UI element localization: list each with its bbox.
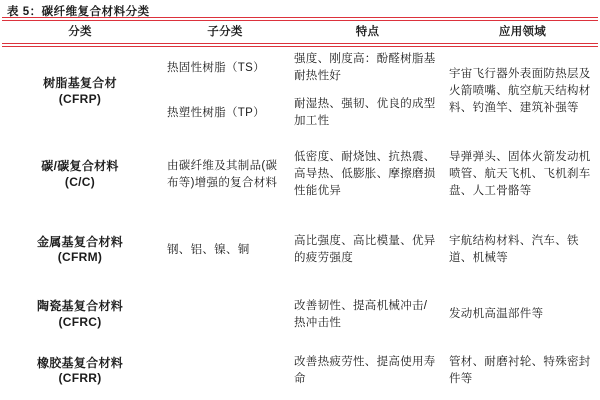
applications-cell: 宇航结构材料、汽车、铁道、机械等 <box>445 233 600 267</box>
subcategory-cell: 钢、铝、镍、铜 <box>160 242 290 259</box>
category-name: 碳/碳复合材料 <box>0 159 160 175</box>
category-name: 橡胶基复合材料 <box>0 356 160 372</box>
category-acronym: (CFRR) <box>0 371 160 387</box>
header-category: 分类 <box>0 24 160 41</box>
subrow-container: 热固性树脂（TS） 强度、刚度高：酚醛树脂基耐热性好 热塑性树脂（TP） 耐湿热… <box>160 47 445 136</box>
subrow-tp: 热塑性树脂（TP） 耐湿热、强韧、优良的成型加工性 <box>160 96 445 130</box>
applications-cell: 管材、耐磨衬轮、特殊密封件等 <box>445 354 600 388</box>
features-cell: 高比强度、高比模量、优异的疲劳强度 <box>290 233 445 267</box>
category-name: 陶瓷基复合材料 <box>0 299 160 315</box>
features-cell: 改善热疲劳性、提高使用寿命 <box>290 354 445 388</box>
table-header-row: 分类 子分类 特点 应用领域 <box>0 21 600 43</box>
applications-cell: 导弹弹头、固体火箭发动机喷管、航天飞机、飞机刹车盘、人工骨骼等 <box>445 149 600 200</box>
features-cell: 强度、刚度高：酚醛树脂基耐热性好 <box>290 51 445 85</box>
category-cell: 碳/碳复合材料 (C/C) <box>0 159 160 190</box>
features-cell: 耐湿热、强韧、优良的成型加工性 <box>290 96 445 130</box>
header-subcategory: 子分类 <box>160 24 290 41</box>
table-row-cfrc: 陶瓷基复合材料 (CFRC) 改善韧性、提高机械冲击/热冲击性 发动机高温部件等 <box>0 287 600 342</box>
applications-cell: 发动机高温部件等 <box>445 306 600 323</box>
header-applications: 应用领域 <box>445 24 600 41</box>
category-acronym: (CFRP) <box>0 92 160 108</box>
table-title: 表 5：碳纤维复合材料分类 <box>0 0 600 17</box>
category-cell: 树脂基复合材 (CFRP) <box>0 76 160 107</box>
subcategory-cell: 热固性树脂（TS） <box>160 60 290 77</box>
category-cell: 金属基复合材料 (CFRM) <box>0 235 160 266</box>
table-row-cc: 碳/碳复合材料 (C/C) 由碳纤维及其制品(碳布等)增强的复合材料 低密度、耐… <box>0 136 600 213</box>
category-cell: 橡胶基复合材料 (CFRR) <box>0 356 160 387</box>
report-table-page: 表 5：碳纤维复合材料分类 分类 子分类 特点 应用领域 树脂基复合材 (CFR… <box>0 0 600 400</box>
category-acronym: (CFRC) <box>0 315 160 331</box>
table-row-cfrp: 树脂基复合材 (CFRP) 热固性树脂（TS） 强度、刚度高：酚醛树脂基耐热性好… <box>0 47 600 136</box>
category-name: 树脂基复合材 <box>0 76 160 92</box>
subcategory-cell: 热塑性树脂（TP） <box>160 105 290 122</box>
features-cell: 改善韧性、提高机械冲击/热冲击性 <box>290 298 445 332</box>
table-row-cfrm: 金属基复合材料 (CFRM) 钢、铝、镍、铜 高比强度、高比模量、优异的疲劳强度… <box>0 213 600 287</box>
applications-cell: 宇宙飞行器外表面防热层及火箭喷嘴、航空航天结构材料、钓渔竿、建筑补强等 <box>445 66 600 117</box>
table-row-cfrr: 橡胶基复合材料 (CFRR) 改善热疲劳性、提高使用寿命 管材、耐磨衬轮、特殊密… <box>0 342 600 400</box>
subcategory-cell: 由碳纤维及其制品(碳布等)增强的复合材料 <box>160 158 290 192</box>
category-acronym: (CFRM) <box>0 250 160 266</box>
subrow-ts: 热固性树脂（TS） 强度、刚度高：酚醛树脂基耐热性好 <box>160 51 445 85</box>
category-acronym: (C/C) <box>0 175 160 191</box>
header-features: 特点 <box>290 24 445 41</box>
features-cell: 低密度、耐烧蚀、抗热震、高导热、低膨胀、摩擦磨损性能优异 <box>290 149 445 200</box>
category-cell: 陶瓷基复合材料 (CFRC) <box>0 299 160 330</box>
category-name: 金属基复合材料 <box>0 235 160 251</box>
